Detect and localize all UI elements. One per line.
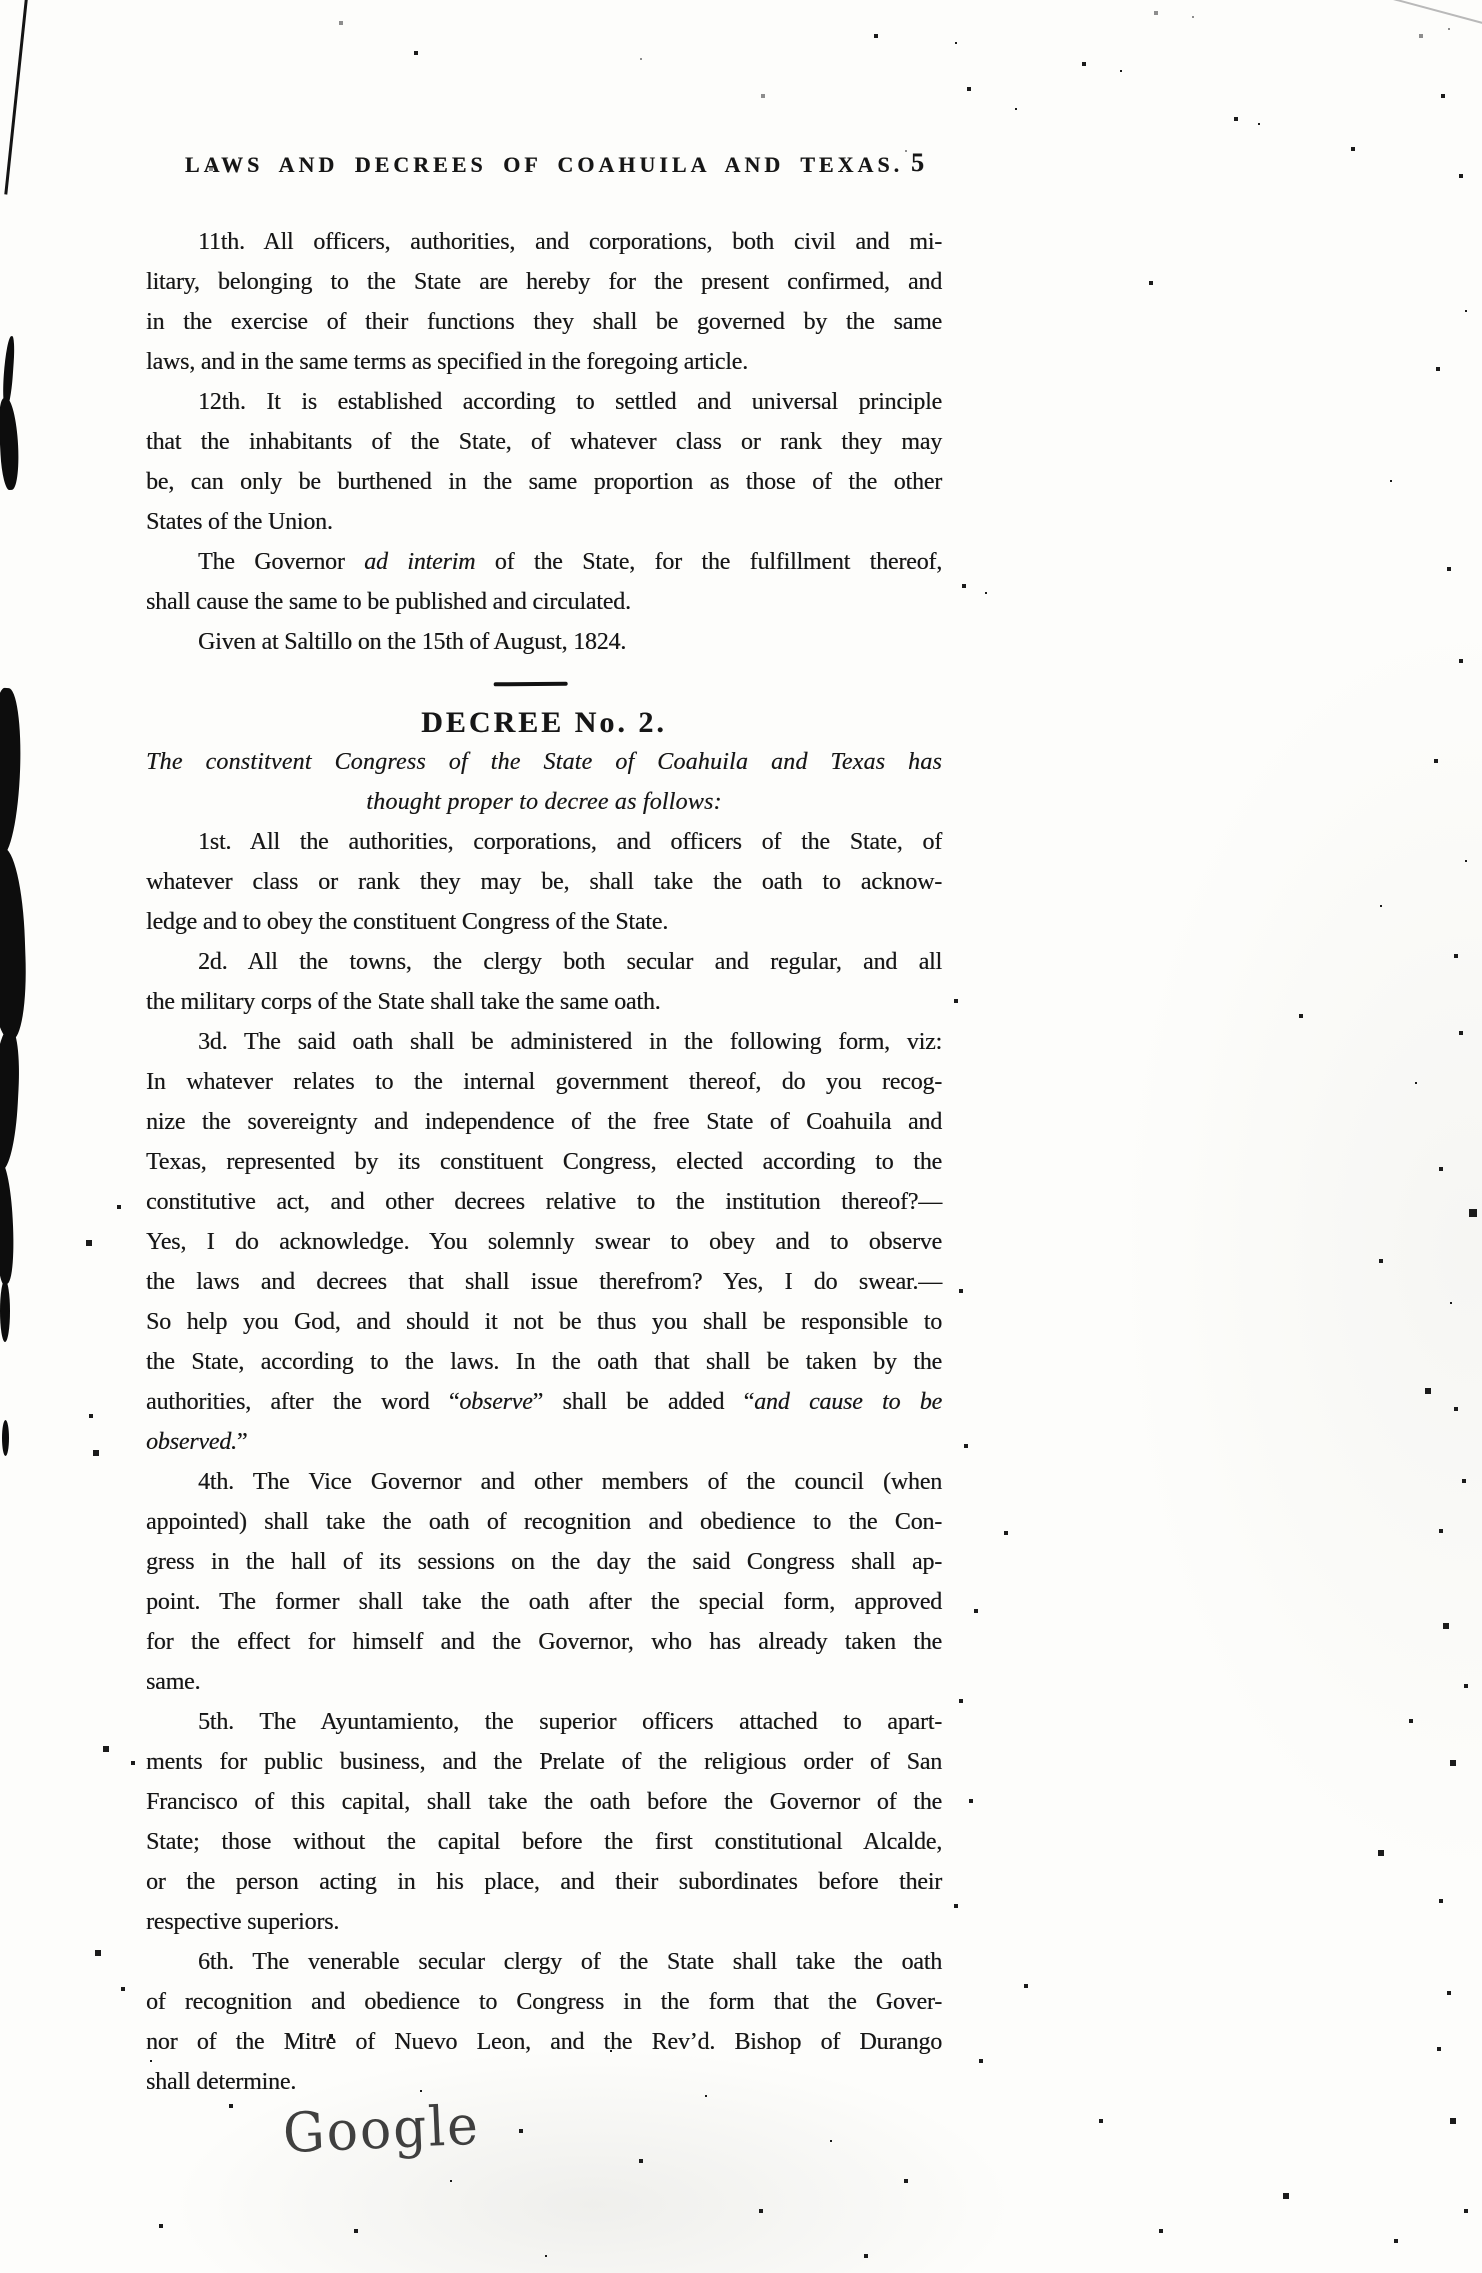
decree-heading: DECREE No. 2. <box>146 702 942 742</box>
text-line: 1st. All the authorities, corporations, … <box>146 822 942 862</box>
text-column: LAWS AND DECREES OF COAHUILA AND TEXAS. … <box>146 150 942 2102</box>
section-divider <box>146 662 942 702</box>
text-line: 3d. The said oath shall be administered … <box>146 1022 942 1062</box>
scan-artifact-specks-light <box>0 0 2 2</box>
text-line: 2d. All the towns, the clergy both secul… <box>146 942 942 982</box>
scan-artifact-ink-blob <box>0 1162 17 1285</box>
decree-preamble: The constitvent Congress of the State of… <box>146 742 942 822</box>
page-header: LAWS AND DECREES OF COAHUILA AND TEXAS. … <box>146 150 942 180</box>
text-line: 11th. All officers, authorities, and cor… <box>146 222 942 262</box>
scan-artifact-ink-blob <box>0 847 28 1040</box>
text-line: authorities, after the word “observe” sh… <box>146 1382 942 1422</box>
text-line: nor of the Mitre of Nuevo Leon, and the … <box>146 2022 942 2062</box>
text-line: Texas, represented by its constituent Co… <box>146 1142 942 1182</box>
text-line: 6th. The venerable secular clergy of the… <box>146 1942 942 1982</box>
text-line: same. <box>146 1662 942 1702</box>
page-number: 5 <box>911 148 924 178</box>
text-line: of recognition and obedience to Congress… <box>146 1982 942 2022</box>
text-line: whatever class or rank they may be, shal… <box>146 862 942 902</box>
text-line: thought proper to decree as follows: <box>146 782 942 822</box>
article-2d: 2d. All the towns, the clergy both secul… <box>146 942 942 1022</box>
text-line: observed.” <box>146 1422 942 1462</box>
text-line: the laws and decrees that shall issue th… <box>146 1262 942 1302</box>
scanned-book-page: LAWS AND DECREES OF COAHUILA AND TEXAS. … <box>0 0 1482 2273</box>
governor-promulgation: The Governor ad interim of the State, fo… <box>146 542 942 622</box>
article-11th: 11th. All officers, authorities, and cor… <box>146 222 942 382</box>
scan-artifact-ink-blob <box>0 688 23 857</box>
google-books-watermark: Google <box>282 2094 481 2166</box>
text-line: ledge and to obey the constituent Congre… <box>146 902 942 942</box>
article-1st: 1st. All the authorities, corporations, … <box>146 822 942 942</box>
text-line: or the person acting in his place, and t… <box>146 1862 942 1902</box>
text-line: shall determine. <box>146 2062 942 2102</box>
article-6th: 6th. The venerable secular clergy of the… <box>146 1942 942 2102</box>
text-line: The Governor ad interim of the State, fo… <box>146 542 942 582</box>
scan-artifact-crease <box>1389 0 1482 25</box>
text-line: be, can only be burthened in the same pr… <box>146 462 942 502</box>
article-5th: 5th. The Ayuntamiento, the superior offi… <box>146 1702 942 1942</box>
text-line: In whatever relates to the internal gove… <box>146 1062 942 1102</box>
text-line: ments for public business, and the Prela… <box>146 1742 942 1782</box>
text-line: 4th. The Vice Governor and other members… <box>146 1462 942 1502</box>
text-line: laws, and in the same terms as specified… <box>146 342 942 382</box>
text-line: The constitvent Congress of the State of… <box>146 742 942 782</box>
text-line: the State, according to the laws. In the… <box>146 1342 942 1382</box>
horizontal-rule <box>494 682 568 687</box>
article-3d: 3d. The said oath shall be administered … <box>146 1022 942 1462</box>
text-line: respective superiors. <box>146 1902 942 1942</box>
text-line: for the effect for himself and the Gover… <box>146 1622 942 1662</box>
text-line: appointed) shall take the oath of recogn… <box>146 1502 942 1542</box>
text-line: States of the Union. <box>146 502 942 542</box>
article-4th: 4th. The Vice Governor and other members… <box>146 1462 942 1702</box>
text-line: Given at Saltillo on the 15th of August,… <box>146 622 942 662</box>
scan-artifact-ink-blob <box>2 1420 9 1456</box>
text-line: that the inhabitants of the State, of wh… <box>146 422 942 462</box>
text-line: constitutive act, and other decrees rela… <box>146 1182 942 1222</box>
text-line: 5th. The Ayuntamiento, the superior offi… <box>146 1702 942 1742</box>
scan-artifact-pen-stroke <box>4 0 28 195</box>
text-line: nize the sovereignty and independence of… <box>146 1102 942 1142</box>
text-line: Yes, I do acknowledge. You solemnly swea… <box>146 1222 942 1262</box>
dateline: Given at Saltillo on the 15th of August,… <box>146 622 942 662</box>
text-line: Francisco of this capital, shall take th… <box>146 1782 942 1822</box>
scan-artifact-ink-blob <box>0 398 20 491</box>
article-12th: 12th. It is established according to set… <box>146 382 942 542</box>
scan-artifact-ink-blob <box>0 1280 10 1342</box>
text-line: in the exercise of their functions they … <box>146 302 942 342</box>
text-line: State; those without the capital before … <box>146 1822 942 1862</box>
text-line: the military corps of the State shall ta… <box>146 982 942 1022</box>
text-line: gress in the hall of its sessions on the… <box>146 1542 942 1582</box>
running-title: LAWS AND DECREES OF COAHUILA AND TEXAS. <box>146 150 942 180</box>
text-line: point. The former shall take the oath af… <box>146 1582 942 1622</box>
text-line: shall cause the same to be published and… <box>146 582 942 622</box>
text-line: litary, belonging to the State are hereb… <box>146 262 942 302</box>
text-line: So help you God, and should it not be th… <box>146 1302 942 1342</box>
text-line: 12th. It is established according to set… <box>146 382 942 422</box>
scan-artifact-ink-blob <box>0 1027 22 1170</box>
